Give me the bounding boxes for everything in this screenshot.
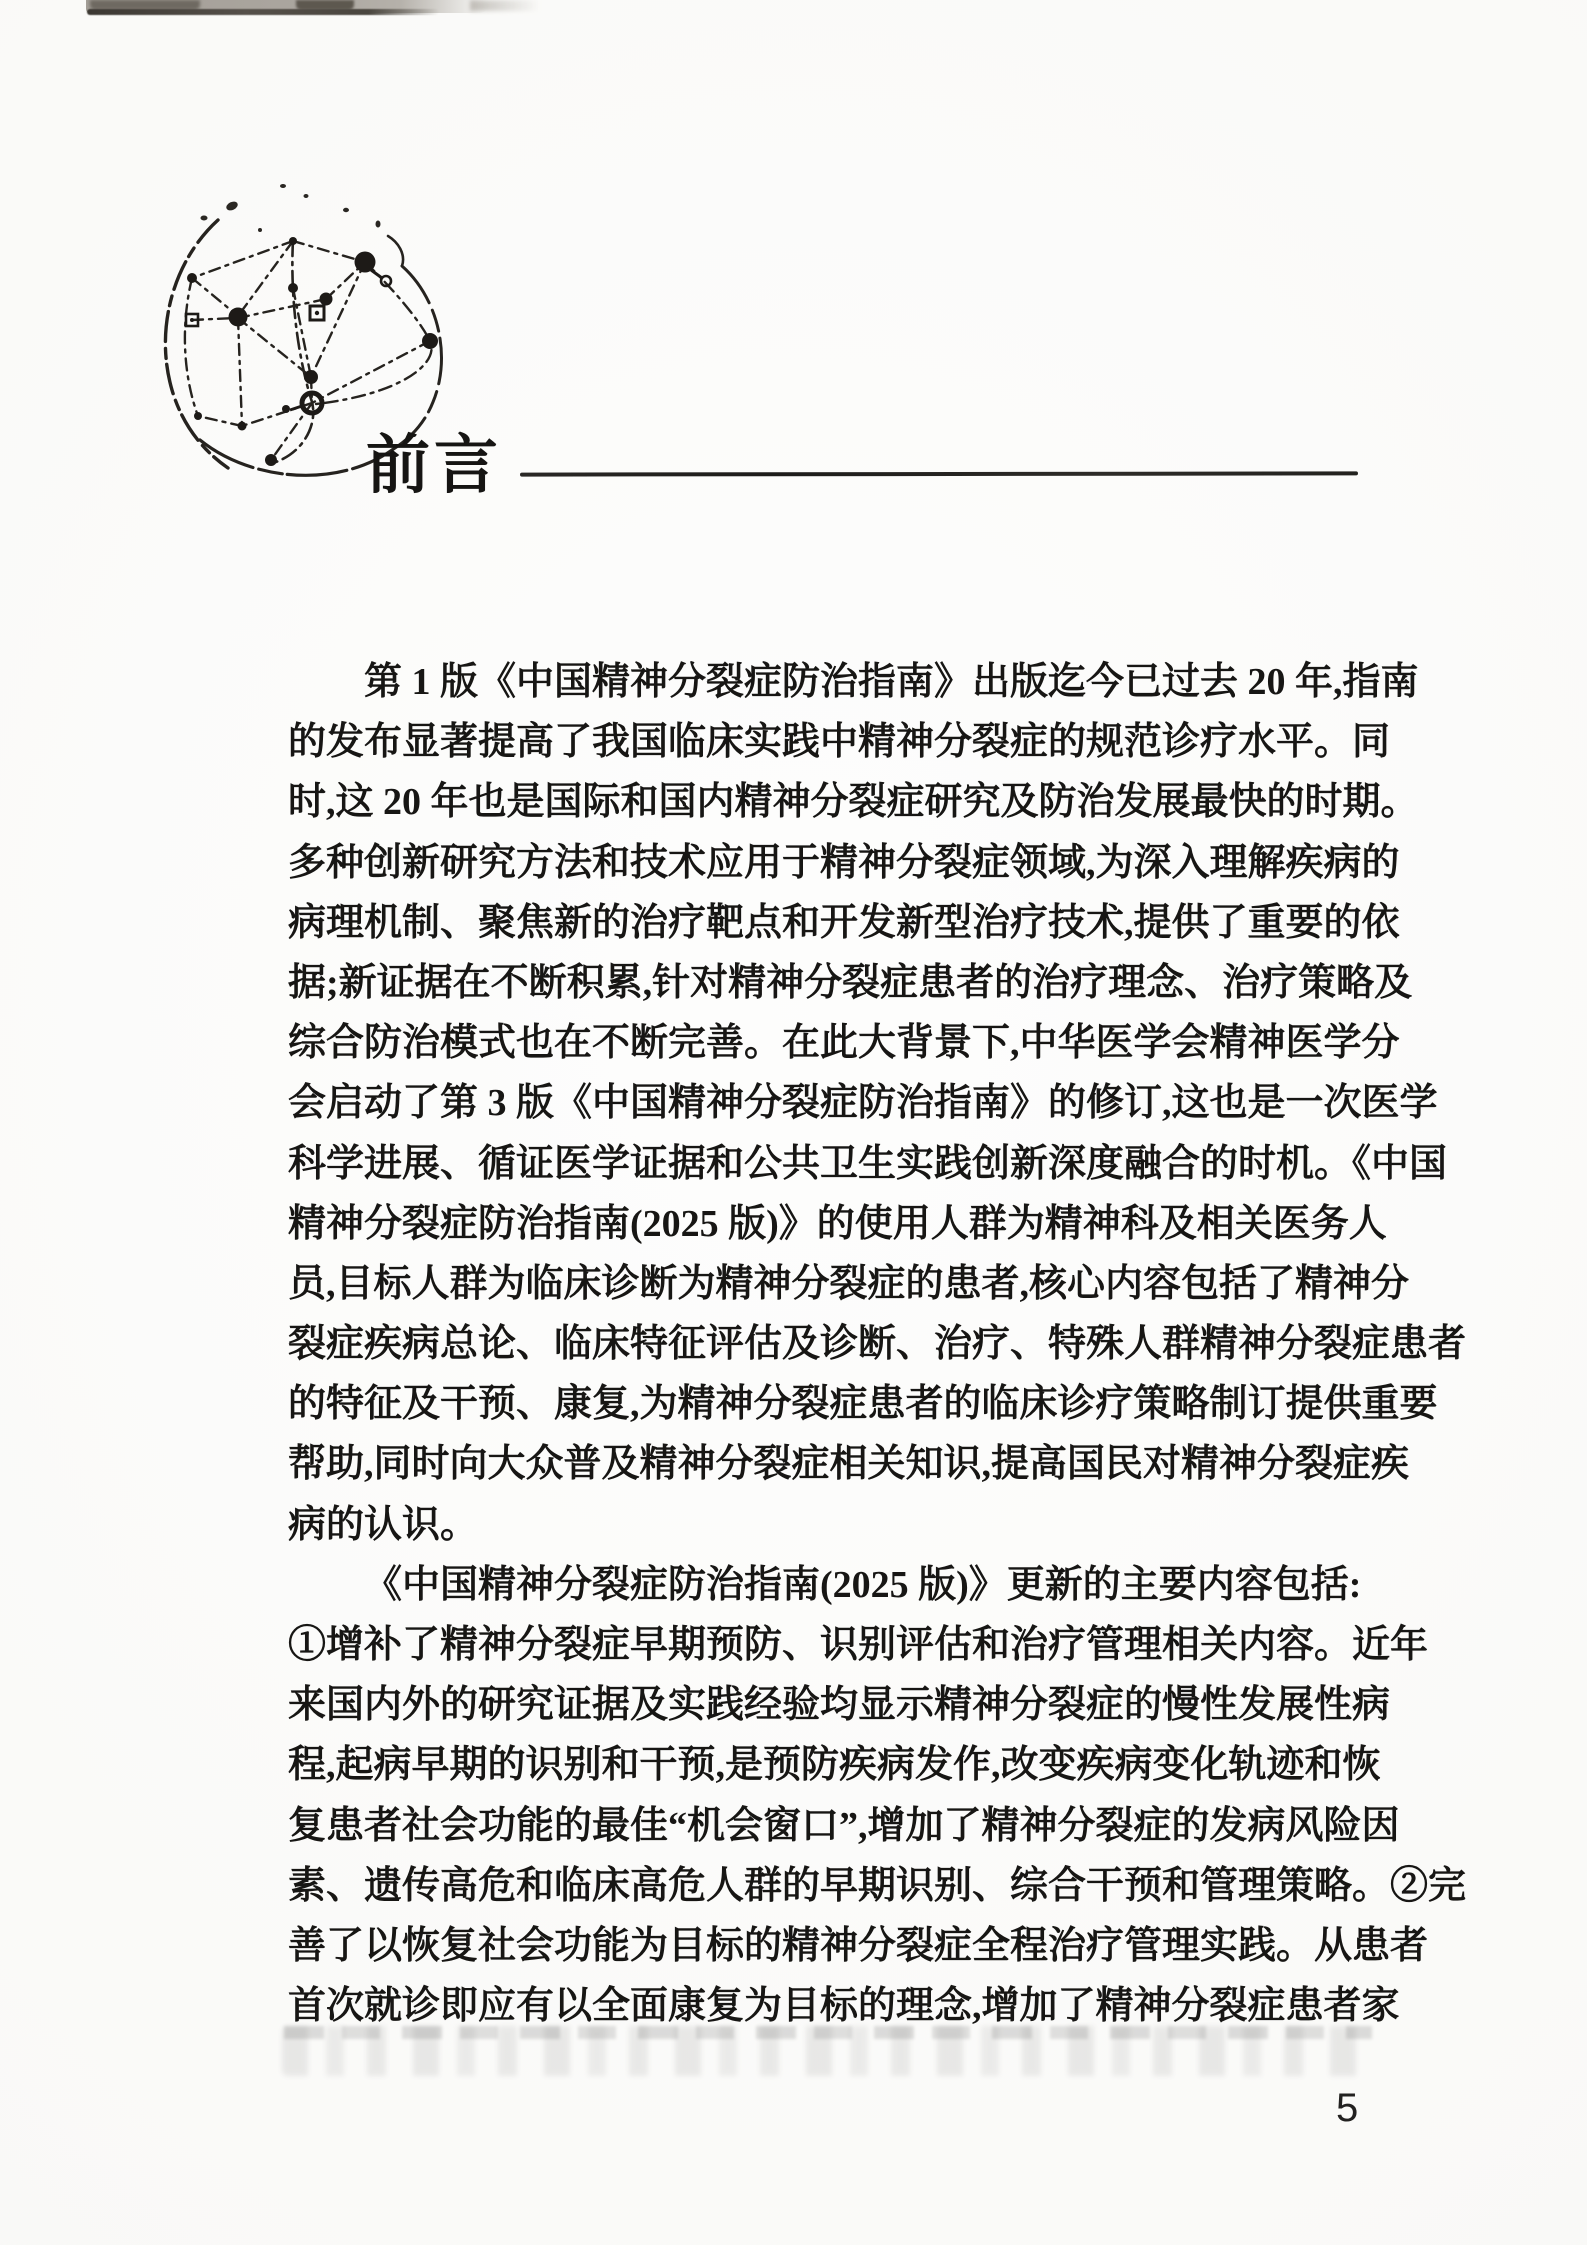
heading-rule <box>520 471 1358 476</box>
text-line: 裂症疾病总论、临床特征评估及诊断、治疗、特殊人群精神分裂症患者 <box>288 1314 1360 1374</box>
text-line: 善了以恢复社会功能为目标的精神分裂症全程治疗管理实践。从患者 <box>288 1916 1360 1976</box>
text-line: 第 1 版《中国精神分裂症防治指南》出版迄今已过去 20 年,指南 <box>288 652 1360 712</box>
text-line: 科学进展、循证医学证据和公共卫生实践创新深度融合的时机。《中国 <box>288 1134 1360 1194</box>
text-line: 会启动了第 3 版《中国精神分裂症防治指南》的修订,这也是一次医学 <box>288 1073 1360 1133</box>
text-line: 帮助,同时向大众普及精神分裂症相关知识,提高国民对精神分裂症疾 <box>288 1434 1360 1494</box>
text-line: 员,目标人群为临床诊断为精神分裂症的患者,核心内容包括了精神分 <box>288 1254 1360 1314</box>
text-line: 的发布显著提高了我国临床实践中精神分裂症的规范诊疗水平。同 <box>288 712 1360 772</box>
text-line: 据;新证据在不断积累,针对精神分裂症患者的治疗理念、治疗策略及 <box>288 953 1360 1013</box>
smudge-haze-fade <box>470 0 540 11</box>
page-number: 5 <box>1336 2086 1358 2131</box>
text-line: 综合防治模式也在不断完善。在此大背景下,中华医学会精神医学分 <box>288 1013 1360 1073</box>
text-line: 时,这 20 年也是国际和国内精神分裂症研究及防治发展最快的时期。 <box>288 772 1360 832</box>
text-line: 病的认识。 <box>288 1495 1360 1555</box>
preface-heading: 前言 <box>366 414 502 506</box>
body-text: 第 1 版《中国精神分裂症防治指南》出版迄今已过去 20 年,指南的发布显著提高… <box>288 652 1360 2036</box>
text-line: 来国内外的研究证据及实践经验均显示精神分裂症的慢性发展性病 <box>288 1675 1360 1735</box>
text-line: 程,起病早期的识别和干预,是预防疾病发作,改变疾病变化轨迹和恢 <box>288 1735 1360 1795</box>
text-line: 多种创新研究方法和技术应用于精神分裂症领域,为深入理解疾病的 <box>288 833 1360 893</box>
text-line: 素、遗传高危和临床高危人群的早期识别、综合干预和管理策略。②完 <box>288 1856 1360 1916</box>
text-line: 病理机制、聚焦新的治疗靶点和开发新型治疗技术,提供了重要的依 <box>288 893 1360 953</box>
text-line: 精神分裂症防治指南(2025 版)》的使用人群为精神科及相关医务人 <box>288 1194 1360 1254</box>
text-line: 复患者社会功能的最佳“机会窗口”,增加了精神分裂症的发病风险因 <box>288 1796 1360 1856</box>
text-line: 首次就诊即应有以全面康复为目标的理念,增加了精神分裂症患者家 <box>288 1976 1360 2036</box>
page-root: 前言 第 1 版《中国精神分裂症防治指南》出版迄今已过去 20 年,指南的发布显… <box>0 0 1587 2245</box>
text-line: 《中国精神分裂症防治指南(2025 版)》更新的主要内容包括: <box>288 1555 1360 1615</box>
text-line: ①增补了精神分裂症早期预防、识别评估和治疗管理相关内容。近年 <box>288 1615 1360 1675</box>
scan-smudge-artifact <box>0 0 1587 30</box>
smudge-streak <box>87 9 439 15</box>
text-line: 的特征及干预、康复,为精神分裂症患者的临床诊疗策略制订提供重要 <box>288 1374 1360 1434</box>
